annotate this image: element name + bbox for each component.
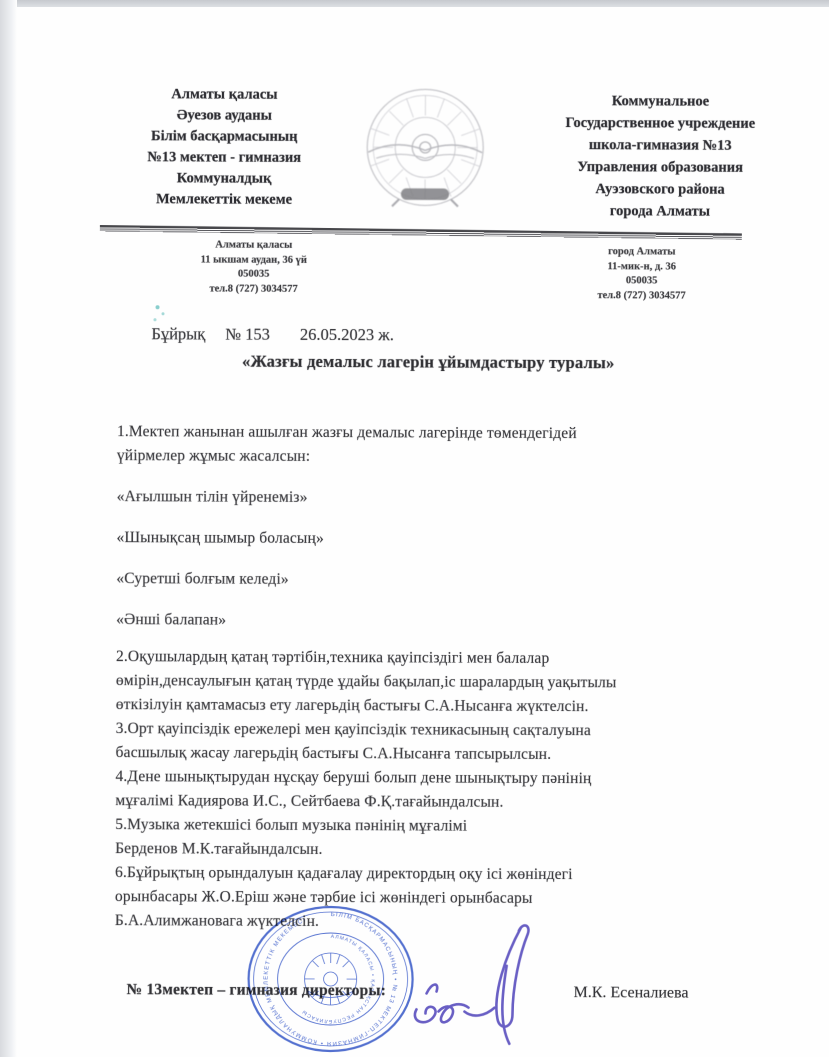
emblem-banner [401,188,449,200]
address-line: 11 ыкшам аудан, 36 үй [138,253,370,269]
order-title: «Жазғы демалыс лагерін ұйымдастыру турал… [117,351,739,374]
body-line: орынбасары Ж.О.Еріш және тәрбие ісі жөні… [115,885,740,912]
letterhead-line: Білім басқармасының [88,126,360,148]
letterhead-kazakh: Алматы қаласы Әуезов ауданы Білім басқар… [88,84,361,211]
body-line: Берденов М.К.тағайындалсын. [115,837,740,864]
kazakhstan-emblem-icon [356,86,495,217]
stamp-ring-text-outer: БІЛІМ БАСҚАРМАСЫНЫҢ • № 13 МЕКТЕП-ГИМНАЗ… [263,912,398,1047]
letterhead-line: Алматы қаласы [88,84,360,106]
address-kazakh: Алматы қаласы 11 ыкшам аудан, 36 үй 0500… [138,238,370,297]
club-line: «Ағылшын тілін үйренеміз» [117,485,742,512]
club-line: «Әнші балапан» [116,608,741,635]
letterhead-line: Мемлекеттік мекеме [88,189,360,211]
address-line: 11-мик-н, д. 36 [528,259,756,274]
body-line: 3.Орт қауіпсіздік ережелері мен қауіпсіз… [116,717,741,744]
body-line: үйірмелер жұмыс жасалсын: [117,444,742,471]
order-body: 1.Мектеп жанынан ашылған жазғы демалыс л… [115,420,742,936]
director-signature [402,913,573,1052]
club-line: «Шынықсаң шымыр боласың» [116,526,741,553]
address-line: тел.8 (727) 3034577 [138,282,370,298]
school-stamp: БІЛІМ БАСҚАРМАСЫНЫҢ • № 13 МЕКТЕП-ГИМНАЗ… [243,903,418,1056]
letterhead-line: Коммунальное [518,90,802,113]
address-line: 050035 [528,274,756,289]
address-line: Алматы қаласы [138,238,370,254]
letterhead-line: Управления образования [518,156,802,179]
body-line: өмірін,денсаулығын қатаң түрде ұдайы бақ… [116,669,741,696]
order-date: 26.05.2023 ж. [300,325,394,344]
scan-top-edge [0,0,829,7]
body-line: басшылық жасау лагерьдің бастығы С.А.Ныс… [116,741,741,768]
body-line: мұғалімі Кадиярова И.С., Сейтбаева Ф.Қ.т… [115,789,740,816]
svg-text:БІЛІМ БАСҚАРМАСЫНЫҢ • № 13 М: БІЛІМ БАСҚАРМАСЫНЫҢ • № 13 МЕКТЕП-ГИМНАЗ… [263,912,398,1047]
body-line: 4.Дене шынықтырудан нұсқау беруші болып … [115,765,740,792]
letterhead-line: Государственное учреждение [518,112,802,135]
body-line: 2.Оқушылардың қатаң тәртібін,техника қау… [116,645,741,672]
order-number: № 153 [225,325,270,344]
letterhead-line: города Алматы [518,200,802,223]
body-line: 6.Бұйрықтың орындалуын қадағалау директо… [115,861,740,888]
order-number-line: Бұйрық№ 15326.05.2023 ж. [151,324,394,345]
letterhead-line: №13 мектеп - гимназия [88,147,360,169]
body-line: өткізілуін қамтамасыз ету лагерьдің баст… [116,693,741,720]
address-line: 050035 [138,267,370,283]
letterhead-line: Әуезов ауданы [88,105,360,127]
scanned-document-page: Алматы қаласы Әуезов ауданы Білім басқар… [0,0,829,1057]
address-russian: город Алматы 11-мик-н, д. 36 050035 тел.… [528,245,756,304]
director-name: М.К. Есеналиева [574,984,689,1003]
club-line: «Суретші болғым келеді» [116,567,741,594]
address-line: тел.8 (727) 3034577 [528,288,756,303]
letterhead-russian: Коммунальное Государственное учреждение … [518,90,803,223]
address-line: город Алматы [528,245,756,260]
letterhead-line: Коммуналдық [88,168,360,190]
letterhead-line: школа-гимназия №13 [518,134,802,157]
body-line: 1.Мектеп жанынан ашылған жазғы демалыс л… [117,420,742,447]
letterhead-line: Ауэзовского района [518,178,802,201]
scan-left-edge [0,0,17,1057]
body-line: 5.Музыка жетекшісі болып музыка пәнінің … [115,813,740,840]
order-label: Бұйрық [151,324,205,343]
